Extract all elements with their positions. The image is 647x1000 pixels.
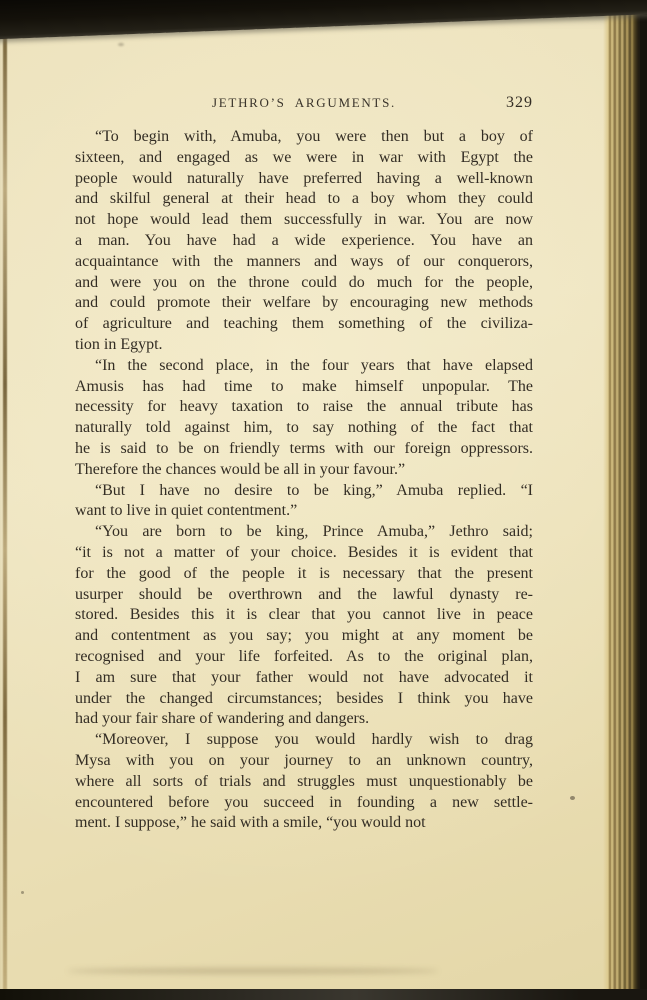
paper-speck [570,796,575,800]
text-line: Therefore the chances would be all in yo… [75,460,533,481]
text-line: “it is not a matter of your choice. Besi… [75,543,533,564]
paragraph: “In the second place, in the four years … [75,356,533,481]
page-number: 329 [506,94,533,112]
text-line: “To begin with, Amuba, you were then but… [75,127,533,148]
running-header: JETHRO’S ARGUMENTS. 329 [75,95,533,115]
text-line: where all sorts of trials and struggles … [75,772,533,793]
paragraph: “You are born to be king, Prince Amuba,”… [75,522,533,730]
text-line: had your fair share of wandering and dan… [75,709,533,730]
text-line: he is said to be on friendly terms with … [75,439,533,460]
scan-bottom-border [0,989,647,1000]
text-line: sixteen, and engaged as we were in war w… [75,148,533,169]
text-line: stored. Besides this it is clear that yo… [75,605,533,626]
paragraph: “To begin with, Amuba, you were then but… [75,127,533,356]
text-line: encountered before you succeed in foundi… [75,793,533,814]
text-line: of agriculture and teaching them somethi… [75,314,533,335]
text-line: not hope would lead them successfully in… [75,210,533,231]
text-line: and were you on the throne could do much… [75,273,533,294]
text-line: usurper should be overthrown and the law… [75,585,533,606]
text-line: Amusis has had time to make himself unpo… [75,377,533,398]
text-line: under the changed circumstances; besides… [75,689,533,710]
page-text: “To begin with, Amuba, you were then but… [75,127,533,834]
text-line: Mysa with you on your journey to an unkn… [75,751,533,772]
text-line: tion in Egypt. [75,335,533,356]
text-line: ment. I suppose,” he said with a smile, … [75,813,533,834]
text-line: I am sure that your father would not hav… [75,668,533,689]
chapter-header-title: JETHRO’S ARGUMENTS. [75,95,533,111]
text-line: “Moreover, I suppose you would hardly wi… [75,730,533,751]
text-line: want to live in quiet contentment.” [75,501,533,522]
paragraph: “But I have no desire to be king,” Amuba… [75,481,533,523]
scanned-book-page: JETHRO’S ARGUMENTS. 329 “To begin with, … [0,0,647,1000]
text-line: “But I have no desire to be king,” Amuba… [75,481,533,502]
text-line: and skilful general at their head to a b… [75,189,533,210]
text-line: and could promote their welfare by encou… [75,293,533,314]
page-edge-stack [603,13,640,990]
page-gutter-shadow [3,13,7,990]
paper-crease-shadow [68,968,438,974]
paper-speck [118,43,124,46]
text-line: “You are born to be king, Prince Amuba,”… [75,522,533,543]
book-page-paper: JETHRO’S ARGUMENTS. 329 “To begin with, … [0,13,640,990]
text-line: and contentment as you say; you might at… [75,626,533,647]
paper-speck [21,891,24,894]
text-line: necessity for heavy taxation to raise th… [75,397,533,418]
text-line: recognised and your life forfeited. As t… [75,647,533,668]
text-line: a man. You have had a wide experience. Y… [75,231,533,252]
paragraph: “Moreover, I suppose you would hardly wi… [75,730,533,834]
text-line: naturally told against him, to say nothi… [75,418,533,439]
text-line: for the good of the people it is necessa… [75,564,533,585]
text-line: people would naturally have preferred ha… [75,169,533,190]
text-line: acquaintance with the manners and ways o… [75,252,533,273]
text-line: “In the second place, in the four years … [75,356,533,377]
